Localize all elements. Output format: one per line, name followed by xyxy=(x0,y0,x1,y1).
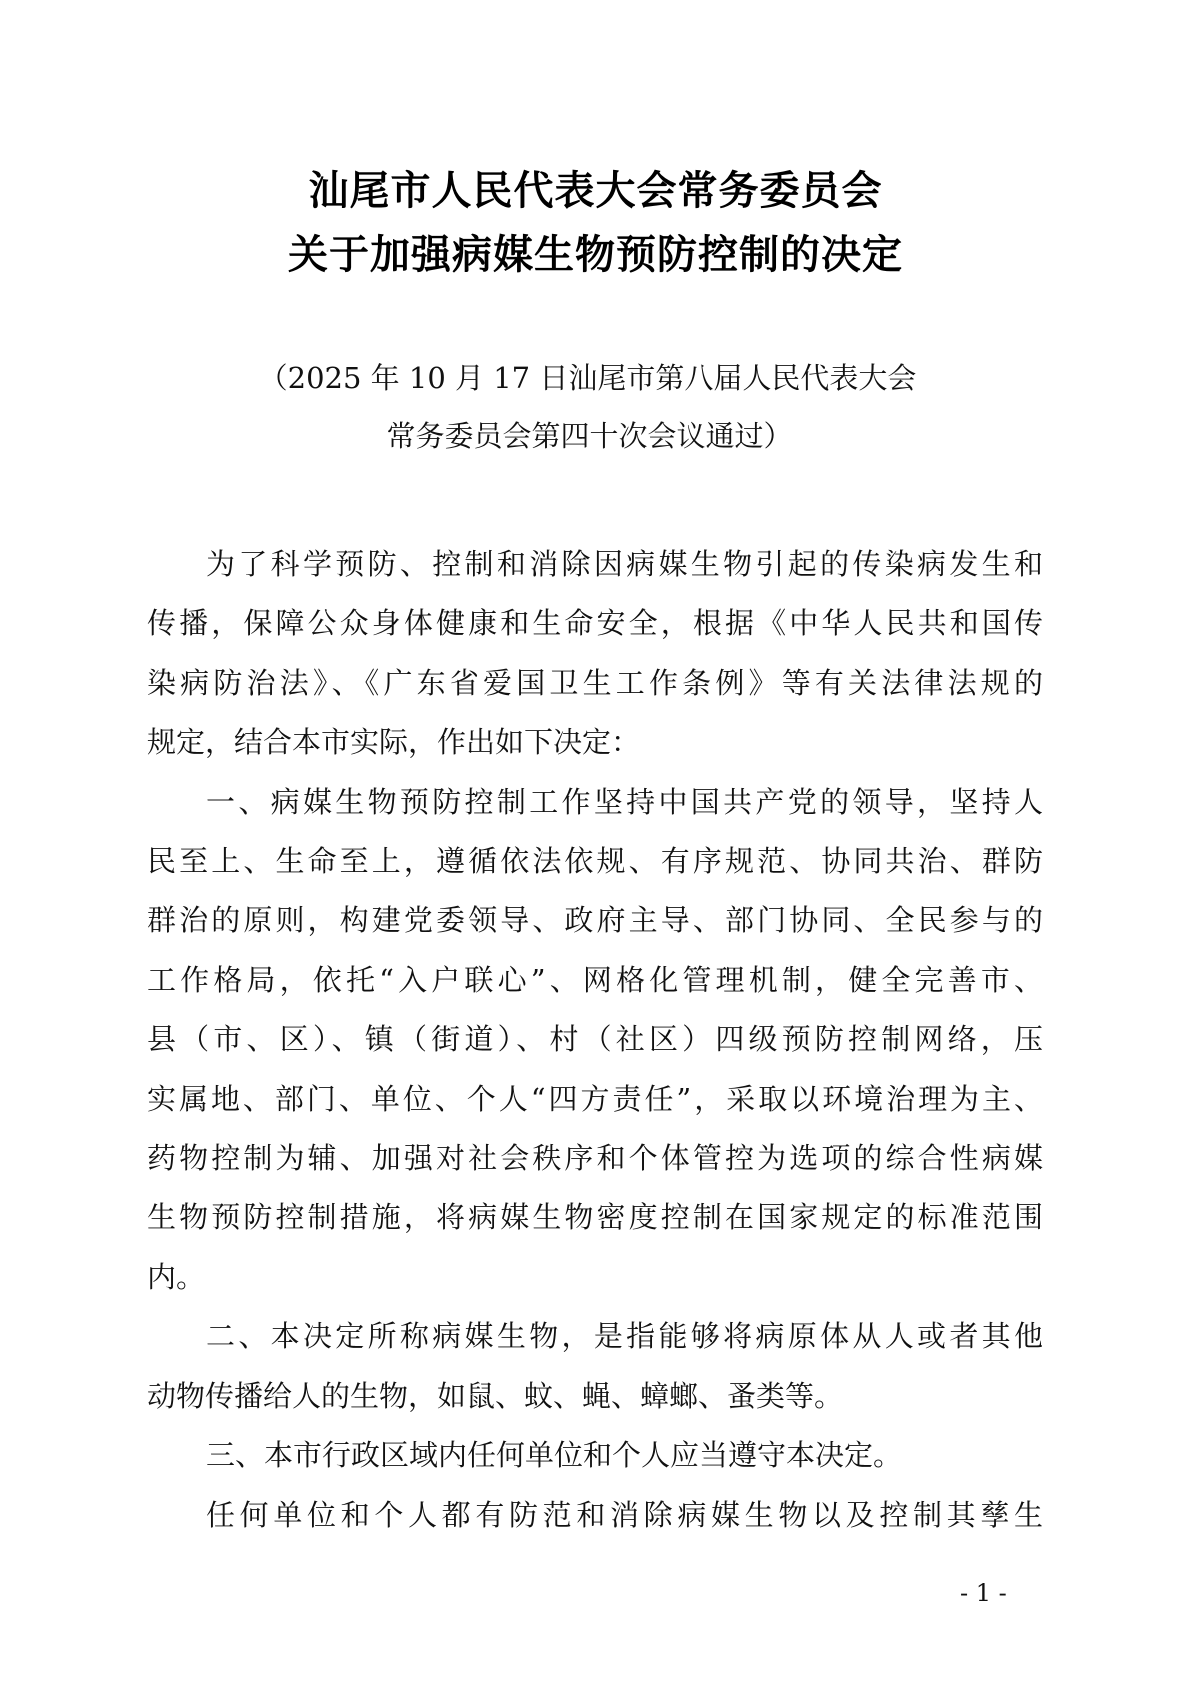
text-line: 规定，结合本市实际，作出如下决定： xyxy=(147,713,1043,772)
text-line: 县（市、区）、镇（街道）、村（社区）四级预防控制网络，压 xyxy=(147,1010,1043,1069)
document-title-line-1: 汕尾市人民代表大会常务委员会 xyxy=(0,160,1191,222)
text-line: 药物控制为辅、加强对社会秩序和个体管控为选项的综合性病媒 xyxy=(147,1129,1043,1188)
adoption-note-line-2: 常务委员会第四十次会议通过） xyxy=(0,416,1185,456)
text-line: 群治的原则，构建党委领导、政府主导、部门协同、全民参与的 xyxy=(147,891,1043,950)
document-title-line-2: 关于加强病媒生物预防控制的决定 xyxy=(0,224,1191,286)
text-line: 二、本决定所称病媒生物，是指能够将病原体从人或者其他 xyxy=(147,1307,1043,1366)
page-number: - 1 - xyxy=(960,1578,1060,1608)
text-line: 传播，保障公众身体健康和生命安全，根据《中华人民共和国传 xyxy=(147,594,1043,653)
document-body: 为了科学预防、控制和消除因病媒生物引起的传染病发生和 传播，保障公众身体健康和生… xyxy=(147,535,1043,1545)
text-line: 内。 xyxy=(147,1248,1043,1307)
adoption-note-line-1: （2025 年 10 月 17 日汕尾市第八届人民代表大会 xyxy=(0,358,1183,398)
text-line: 任何单位和个人都有防范和消除病媒生物以及控制其孳生 xyxy=(147,1486,1043,1545)
text-line: 生物预防控制措施，将病媒生物密度控制在国家规定的标准范围 xyxy=(147,1188,1043,1247)
paragraph-article-3: 三、本市行政区域内任何单位和个人应当遵守本决定。 xyxy=(147,1426,1043,1485)
text-line: 工作格局，依托“入户联心”、网格化管理机制，健全完善市、 xyxy=(147,951,1043,1010)
paragraph-article-1: 一、病媒生物预防控制工作坚持中国共产党的领导，坚持人 民至上、生命至上，遵循依法… xyxy=(147,773,1043,1308)
document-page: 汕尾市人民代表大会常务委员会 关于加强病媒生物预防控制的决定 （2025 年 1… xyxy=(0,0,1191,1684)
text-line: 三、本市行政区域内任何单位和个人应当遵守本决定。 xyxy=(147,1426,1043,1485)
paragraph-preamble: 为了科学预防、控制和消除因病媒生物引起的传染病发生和 传播，保障公众身体健康和生… xyxy=(147,535,1043,773)
text-line: 动物传播给人的生物，如鼠、蚊、蝇、蟑螂、蚤类等。 xyxy=(147,1367,1043,1426)
text-line: 一、病媒生物预防控制工作坚持中国共产党的领导，坚持人 xyxy=(147,773,1043,832)
paragraph-article-2: 二、本决定所称病媒生物，是指能够将病原体从人或者其他 动物传播给人的生物，如鼠、… xyxy=(147,1307,1043,1426)
text-line: 染病防治法》、《广东省爱国卫生工作条例》等有关法律法规的 xyxy=(147,654,1043,713)
text-line: 实属地、部门、单位、个人“四方责任”，采取以环境治理为主、 xyxy=(147,1070,1043,1129)
text-line: 民至上、生命至上，遵循依法依规、有序规范、协同共治、群防 xyxy=(147,832,1043,891)
text-line: 为了科学预防、控制和消除因病媒生物引起的传染病发生和 xyxy=(147,535,1043,594)
paragraph-article-3-part-2: 任何单位和个人都有防范和消除病媒生物以及控制其孳生 xyxy=(147,1486,1043,1545)
